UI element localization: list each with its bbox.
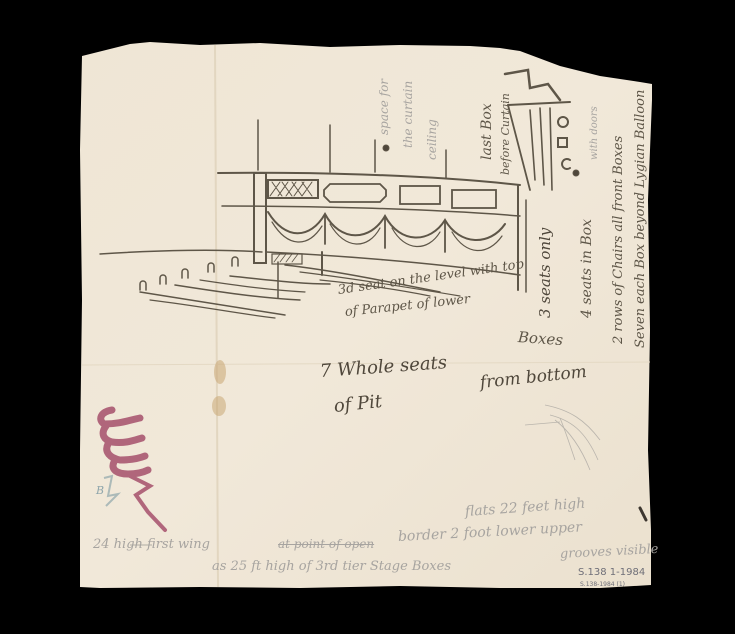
note-boxes: Boxes [517,330,563,348]
note-high-first-wing: 24 high first wing [93,538,210,551]
note-last-box: last Box [480,103,494,160]
note-side-mark: B [96,485,104,496]
note-as-stage-boxes: as 25 ft high of 3rd tier Stage Boxes [212,560,451,573]
note-four-seats-in-box: 4 seats in Box [580,219,594,318]
note-ceiling: ceiling [426,119,438,160]
note-three-seats-only: 3 seats only [538,228,553,318]
note-crossed-out: at point of open [278,538,374,550]
note-before-curtain: before Curtain [500,93,511,175]
note-rows-of-chairs: 2 rows of Chairs all front Boxes [612,136,625,344]
note-the-curtain: the curtain [402,81,414,148]
accession-number: S.138 1-1984 [578,568,645,578]
accession-number-small: S.138-1984 (1) [580,582,625,588]
note-of-pit: of Pit [333,393,383,416]
note-each-box: Seven each Box beyond Lygian Balloon [634,90,647,348]
note-with-doors: with doors [590,106,600,160]
note-space-for: space for [378,79,390,135]
